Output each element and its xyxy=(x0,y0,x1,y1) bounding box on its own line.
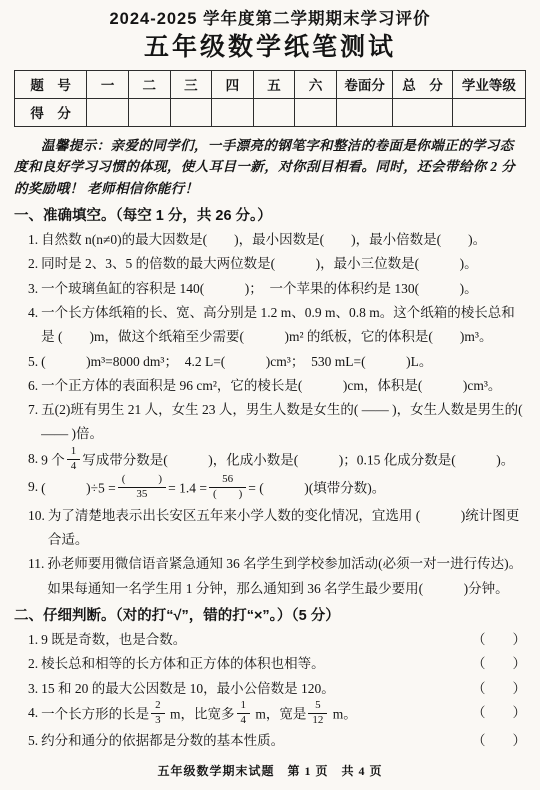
question-body: 自然数 n(n≠0)的最大因数是( )，最小因数是( )，最小倍数是( )。 xyxy=(41,228,526,252)
question-number: 1. xyxy=(14,228,41,252)
question-number: 3. xyxy=(14,277,41,301)
question-body: 棱长总和相等的长方体和正方体的体积也相等。 xyxy=(41,652,462,676)
question-number: 11. xyxy=(14,552,47,576)
question-item: 5.( )m³=8000 dm³； 4.2 L=( )cm³； 530 mL=(… xyxy=(14,350,526,374)
score-cell xyxy=(336,98,392,126)
question-text: 为了清楚地表示出长安区五年来小学人数的变化情况，宜选用 ( )统计图更合适。 xyxy=(48,508,519,547)
fraction: 512 xyxy=(308,699,327,728)
question-body: 一个长方形的长是23 m，比宽多14 m，宽是512 m。 xyxy=(41,701,462,730)
score-cell xyxy=(295,98,337,126)
question-number: 9. xyxy=(14,475,41,499)
question-body: 一个正方体的表面积是 96 cm²，它的棱长是( )cm，体积是( )cm³。 xyxy=(41,374,526,398)
question-number: 8. xyxy=(14,447,41,471)
question-text: 自然数 n(n≠0)的最大因数是( )，最小因数是( )，最小倍数是( )。 xyxy=(41,232,486,247)
score-table-header-cell: 学业等级 xyxy=(452,70,525,98)
question-text: 棱长总和相等的长方体和正方体的体积也相等。 xyxy=(41,656,325,671)
question-text: ( )m³=8000 dm³； 4.2 L=( )cm³； 530 mL=( )… xyxy=(41,354,432,369)
exam-page: 2024-2025 学年度第二学期期末学习评价 五年级数学纸笔测试 题 号一二三… xyxy=(0,0,540,790)
question-text: 15 和 20 的最大公因数是 10，最小公倍数是 120。 xyxy=(41,681,335,696)
question-text: 一个正方体的表面积是 96 cm²，它的棱长是( )cm，体积是( )cm³。 xyxy=(41,378,501,393)
fraction: 14 xyxy=(237,699,251,728)
section2-heading: 二、仔细判断。（对的打“√”，错的打“×”。）（5 分） xyxy=(14,604,526,625)
question-text: 一个长方形的长是 xyxy=(41,706,149,721)
question-body: 五(2)班有男生 21 人，女生 23 人，男生人数是女生的( —— )，女生人… xyxy=(41,398,526,447)
score-cell xyxy=(128,98,170,126)
score-table: 题 号一二三四五六卷面分总 分学业等级得 分 xyxy=(14,70,526,127)
score-table-header-cell: 二 xyxy=(128,70,170,98)
question-text: ( )÷5 = xyxy=(41,481,116,496)
fraction: ( )35 xyxy=(118,473,166,502)
question-number: 2. xyxy=(14,252,41,276)
question-item: 8.9 个14写成带分数是( )，化成小数是( )；0.15 化成分数是( )。 xyxy=(14,447,526,476)
question-item: 2.同时是 2、3、5 的倍数的最大两位数是( )，最小三位数是( )。 xyxy=(14,252,526,276)
question-item: 1.9 既是奇数，也是合数。（ ） xyxy=(14,628,526,652)
score-cell xyxy=(87,98,129,126)
notice-text: 温馨提示：亲爱的同学们，一手漂亮的钢笔字和整洁的卷面是你端正的学习态度和良好学习… xyxy=(14,135,526,201)
score-cell xyxy=(393,98,453,126)
question-body: ( )÷5 =( )35= 1.4 =56( )= ( )(填带分数)。 xyxy=(41,475,526,504)
question-item: 6.一个正方体的表面积是 96 cm²，它的棱长是( )cm，体积是( )cm³… xyxy=(14,374,526,398)
question-text: 同时是 2、3、5 的倍数的最大两位数是( )，最小三位数是( )。 xyxy=(41,256,477,271)
score-table-header-cell: 五 xyxy=(253,70,295,98)
question-body: 9 个14写成带分数是( )，化成小数是( )；0.15 化成分数是( )。 xyxy=(41,447,526,476)
question-text: 一个长方体纸箱的长、宽、高分别是 1.2 m、0.9 m、0.8 m。这个纸箱的… xyxy=(41,305,515,344)
question-body: 孙老师要用微信语音紧急通知 36 名学生到学校参加活动(必须一对一进行传达)。如… xyxy=(47,552,526,601)
judge-answer-blank: （ ） xyxy=(462,729,526,753)
page-footer: 五年级数学期末试题 第 1 页 共 4 页 xyxy=(14,762,526,779)
score-table-header-cell: 四 xyxy=(212,70,254,98)
question-text: 写成带分数是( )，化成小数是( )；0.15 化成分数是( )。 xyxy=(82,452,514,467)
score-table-header-cell: 一 xyxy=(87,70,129,98)
section1-questions: 1.自然数 n(n≠0)的最大因数是( )，最小因数是( )，最小倍数是( )。… xyxy=(14,228,526,601)
question-number: 3. xyxy=(14,677,41,701)
question-text: m。 xyxy=(329,706,356,721)
score-cell xyxy=(452,98,525,126)
question-body: 一个玻璃鱼缸的容积是 140( )； 一个苹果的体积约是 130( )。 xyxy=(41,277,526,301)
fraction: 56( ) xyxy=(209,473,246,502)
score-row-label: 得 分 xyxy=(15,98,87,126)
exam-title: 五年级数学纸笔测试 xyxy=(14,32,526,63)
question-body: 9 既是奇数，也是合数。 xyxy=(41,628,462,652)
question-text: 五(2)班有男生 21 人，女生 23 人，男生人数是女生的( —— )，女生人… xyxy=(41,402,522,441)
question-item: 11.孙老师要用微信语音紧急通知 36 名学生到学校参加活动(必须一对一进行传达… xyxy=(14,552,526,601)
score-table-header-cell: 卷面分 xyxy=(336,70,392,98)
question-item: 1.自然数 n(n≠0)的最大因数是( )，最小因数是( )，最小倍数是( )。 xyxy=(14,228,526,252)
question-item: 10.为了清楚地表示出长安区五年来小学人数的变化情况，宜选用 ( )统计图更合适… xyxy=(14,504,526,553)
judge-answer-blank: （ ） xyxy=(462,652,526,676)
score-table-header-cell: 题 号 xyxy=(15,70,87,98)
question-item: 9.( )÷5 =( )35= 1.4 =56( )= ( )(填带分数)。 xyxy=(14,475,526,504)
judge-answer-blank: （ ） xyxy=(462,628,526,652)
question-item: 3.一个玻璃鱼缸的容积是 140( )； 一个苹果的体积约是 130( )。 xyxy=(14,277,526,301)
question-number: 6. xyxy=(14,374,41,398)
question-text: 孙老师要用微信语音紧急通知 36 名学生到学校参加活动(必须一对一进行传达)。如… xyxy=(47,556,522,595)
question-number: 4. xyxy=(14,301,41,325)
question-body: 约分和通分的依据都是分数的基本性质。 xyxy=(41,729,462,753)
fraction: 14 xyxy=(67,445,81,474)
section1-heading: 一、准确填空。（每空 1 分，共 26 分。） xyxy=(14,204,526,225)
fraction: 23 xyxy=(151,699,165,728)
question-item: 2.棱长总和相等的长方体和正方体的体积也相等。（ ） xyxy=(14,652,526,676)
question-text: 约分和通分的依据都是分数的基本性质。 xyxy=(41,733,284,748)
question-body: 同时是 2、3、5 的倍数的最大两位数是( )，最小三位数是( )。 xyxy=(41,252,526,276)
score-table-header-cell: 总 分 xyxy=(393,70,453,98)
question-text: = ( )(填带分数)。 xyxy=(248,481,385,496)
question-number: 5. xyxy=(14,350,41,374)
score-table-header-cell: 三 xyxy=(170,70,212,98)
judge-answer-blank: （ ） xyxy=(462,677,526,701)
question-body: 为了清楚地表示出长安区五年来小学人数的变化情况，宜选用 ( )统计图更合适。 xyxy=(48,504,526,553)
question-text: m，宽是 xyxy=(252,706,306,721)
score-cell xyxy=(212,98,254,126)
question-text: 一个玻璃鱼缸的容积是 140( )； 一个苹果的体积约是 130( )。 xyxy=(41,281,477,296)
question-body: 15 和 20 的最大公因数是 10，最小公倍数是 120。 xyxy=(41,677,462,701)
question-item: 4.一个长方形的长是23 m，比宽多14 m，宽是512 m。（ ） xyxy=(14,701,526,730)
question-number: 7. xyxy=(14,398,41,422)
question-item: 5.约分和通分的依据都是分数的基本性质。（ ） xyxy=(14,729,526,753)
question-number: 1. xyxy=(14,628,41,652)
question-item: 4.一个长方体纸箱的长、宽、高分别是 1.2 m、0.9 m、0.8 m。这个纸… xyxy=(14,301,526,350)
question-body: ( )m³=8000 dm³； 4.2 L=( )cm³； 530 mL=( )… xyxy=(41,350,526,374)
question-number: 4. xyxy=(14,701,41,725)
question-item: 3.15 和 20 的最大公因数是 10，最小公倍数是 120。（ ） xyxy=(14,677,526,701)
score-table-header-cell: 六 xyxy=(295,70,337,98)
question-text: 9 既是奇数，也是合数。 xyxy=(41,632,186,647)
section2-questions: 1.9 既是奇数，也是合数。（ ）2.棱长总和相等的长方体和正方体的体积也相等。… xyxy=(14,628,526,754)
score-cell xyxy=(253,98,295,126)
question-text: = 1.4 = xyxy=(168,481,207,496)
question-item: 7.五(2)班有男生 21 人，女生 23 人，男生人数是女生的( —— )，女… xyxy=(14,398,526,447)
question-body: 一个长方体纸箱的长、宽、高分别是 1.2 m、0.9 m、0.8 m。这个纸箱的… xyxy=(41,301,526,350)
question-number: 2. xyxy=(14,652,41,676)
question-text: 9 个 xyxy=(41,452,65,467)
question-text: m，比宽多 xyxy=(167,706,235,721)
question-number: 5. xyxy=(14,729,41,753)
exam-subtitle: 2024-2025 学年度第二学期期末学习评价 xyxy=(14,8,526,30)
question-number: 10. xyxy=(14,504,48,528)
score-cell xyxy=(170,98,212,126)
judge-answer-blank: （ ） xyxy=(462,701,526,725)
